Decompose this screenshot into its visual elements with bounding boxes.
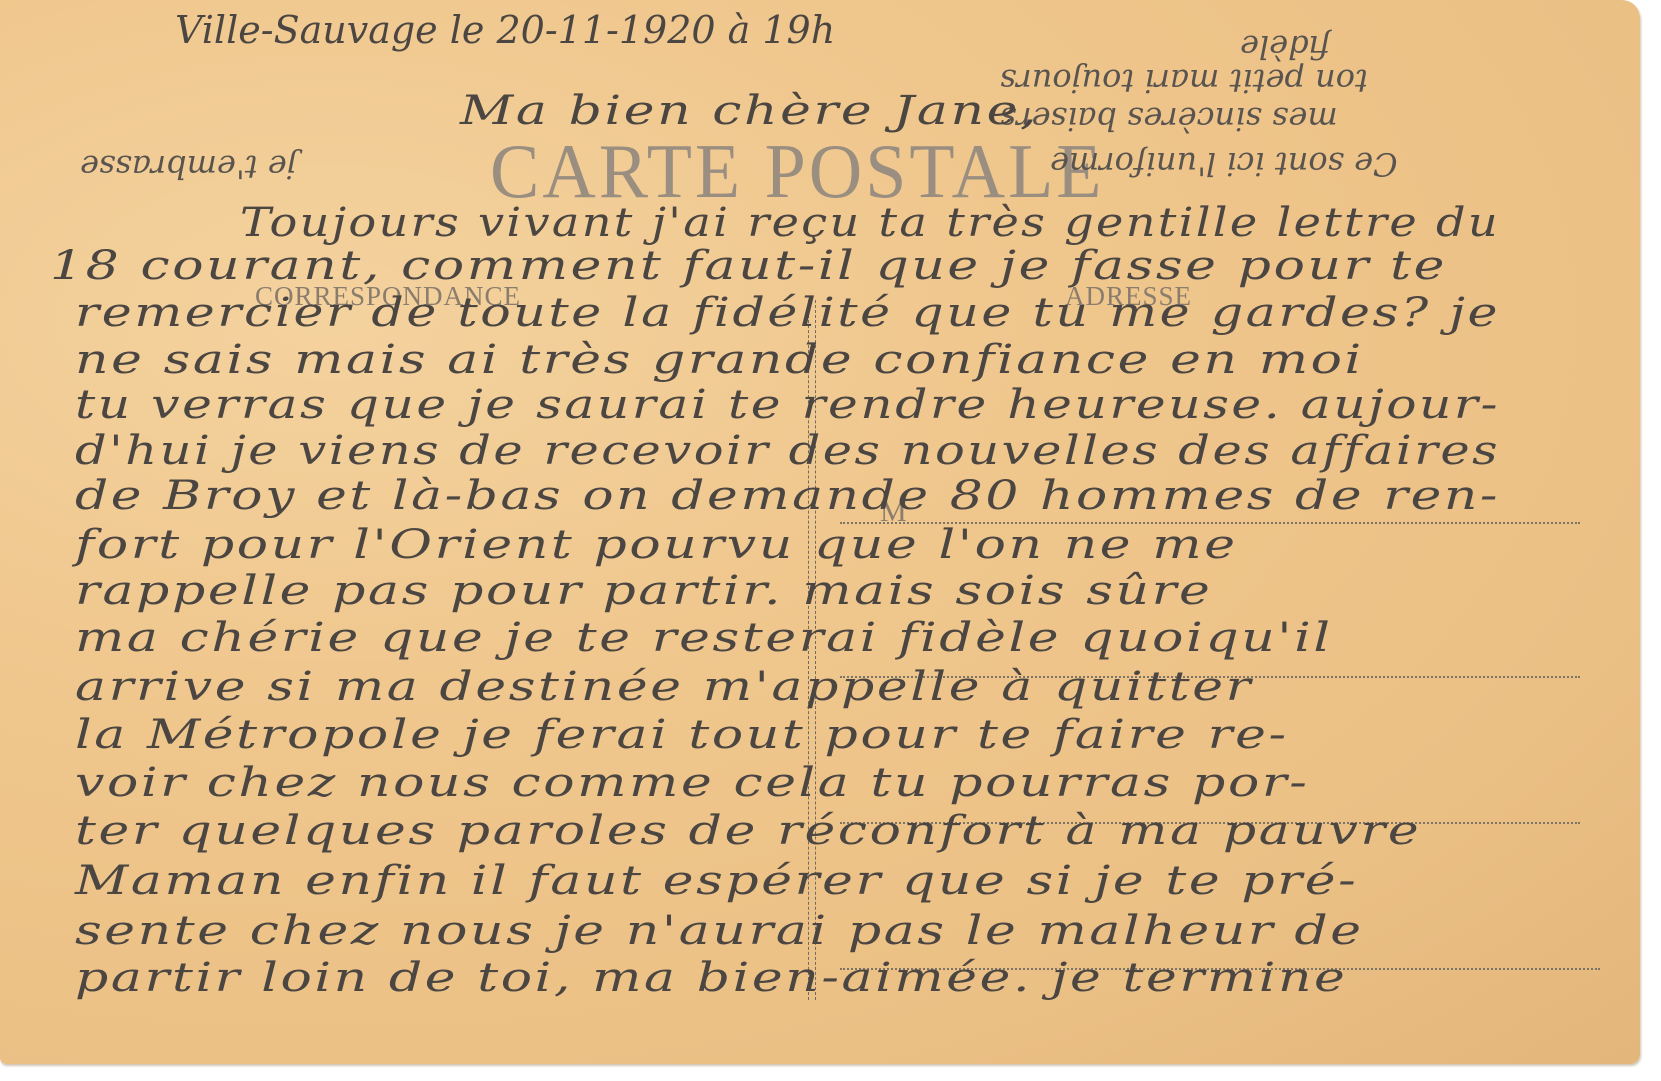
upside-down-left: je t'embrasse xyxy=(80,148,297,186)
body-line-14: ter quelques paroles de réconfort à ma p… xyxy=(75,808,1421,854)
body-line-15: Maman enfin il faut espérer que si je te… xyxy=(75,858,1358,904)
body-line-1: Toujours vivant j'ai reçu ta très gentil… xyxy=(240,200,1500,246)
body-line-5: tu verras que je saurai te rendre heureu… xyxy=(75,382,1500,428)
body-line-3: remercier de toute la fidélité que tu me… xyxy=(75,290,1500,336)
body-line-10: ma chérie que je te resterai fidèle quoi… xyxy=(75,615,1333,661)
upside-down-line-3: mes sincères baisers xyxy=(1000,100,1338,138)
upside-down-line-4: Ce sont ici l'uniforme xyxy=(1050,145,1398,183)
body-line-6: d'hui je viens de recevoir des nouvelles… xyxy=(75,428,1500,474)
body-line-11: arrive si ma destinée m'appelle à quitte… xyxy=(75,664,1253,710)
body-line-8: fort pour l'Orient pourvu que l'on ne me xyxy=(75,522,1238,568)
body-line-12: la Métropole je ferai tout pour te faire… xyxy=(75,712,1289,758)
postcard: CARTE POSTALE CORRESPONDANCE ADRESSE M V… xyxy=(0,0,1640,1064)
body-line-13: voir chez nous comme cela tu pourras por… xyxy=(75,760,1309,806)
body-line-16: sente chez nous je n'aurai pas le malheu… xyxy=(75,908,1364,954)
body-line-17: partir loin de toi, ma bien-aimée. je te… xyxy=(75,955,1347,1001)
body-line-9: rappelle pas pour partir. mais sois sûre xyxy=(75,568,1212,614)
upside-down-line-2: ton petit mari toujours xyxy=(1000,62,1368,100)
salutation: Ma bien chère Jane, xyxy=(460,88,1039,134)
upside-down-line-1: fidèle xyxy=(1240,28,1330,66)
place-date: Ville-Sauvage le 20-11-1920 à 19h xyxy=(175,8,835,52)
body-line-7: de Broy et là-bas on demande 80 hommes d… xyxy=(75,473,1500,519)
body-line-4: ne sais mais ai très grande confiance en… xyxy=(75,337,1364,383)
body-line-2: 18 courant, comment faut-il que je fasse… xyxy=(50,243,1447,289)
